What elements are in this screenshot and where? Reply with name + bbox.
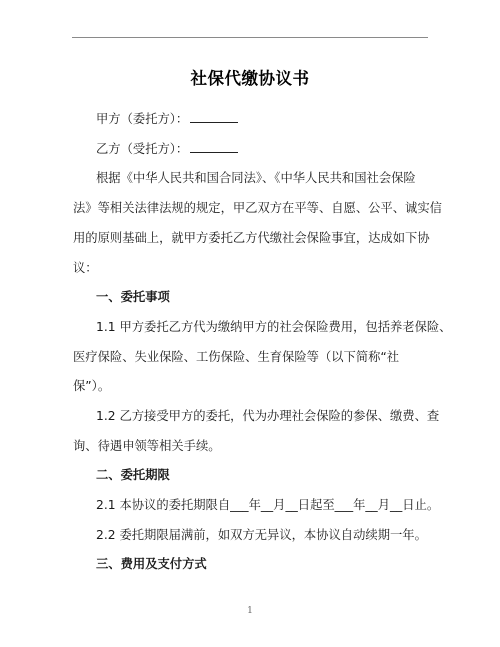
page-number: 1 (0, 606, 500, 616)
party-b-label: 乙方（受托方）： (96, 142, 188, 156)
party-a-line: 甲方（委托方）： (96, 109, 238, 127)
preamble-line: 根据《中华人民共和国合同法》、《中华人民共和国社会保险 (96, 168, 416, 186)
clause-line: 保”）。 (73, 376, 110, 394)
party-b-blank (190, 142, 238, 153)
clause-line: 1.2 乙方接受甲方的委托，代为办理社会保险的参保、缴费、查 (96, 406, 439, 424)
section-heading: 一、委托事项 (96, 287, 170, 305)
clause-line: 医疗保险、失业保险、工伤保险、生育保险等（以下简称“社 (73, 347, 399, 365)
clause-line: 2.1 本协议的委托期限自___年__月__日起至___年__月__日止。 (96, 495, 439, 513)
preamble-line: 议： (73, 258, 98, 276)
section-heading: 二、委托期限 (96, 465, 170, 483)
clause-line: 2.2 委托期限届满前，如双方无异议，本协议自动续期一年。 (96, 525, 427, 543)
section-heading: 三、费用及支付方式 (96, 554, 207, 572)
document-title: 社保代缴协议书 (0, 65, 500, 89)
clause-line: 1.1 甲方委托乙方代为缴纳甲方的社会保险费用，包括养老保险、 (96, 317, 451, 335)
clause-line: 询、待遇申领等相关手续。 (73, 436, 221, 454)
preamble-line: 用的原则基础上，就甲方委托乙方代缴社会保险事宜，达成如下协 (73, 228, 430, 246)
party-b-line: 乙方（受托方）： (96, 139, 238, 157)
party-a-blank (190, 112, 238, 123)
header-rule (72, 37, 428, 38)
preamble-line: 法》等相关法律法规的规定，甲乙双方在平等、自愿、公平、诚实信 (73, 198, 442, 216)
party-a-label: 甲方（委托方）： (96, 112, 188, 126)
